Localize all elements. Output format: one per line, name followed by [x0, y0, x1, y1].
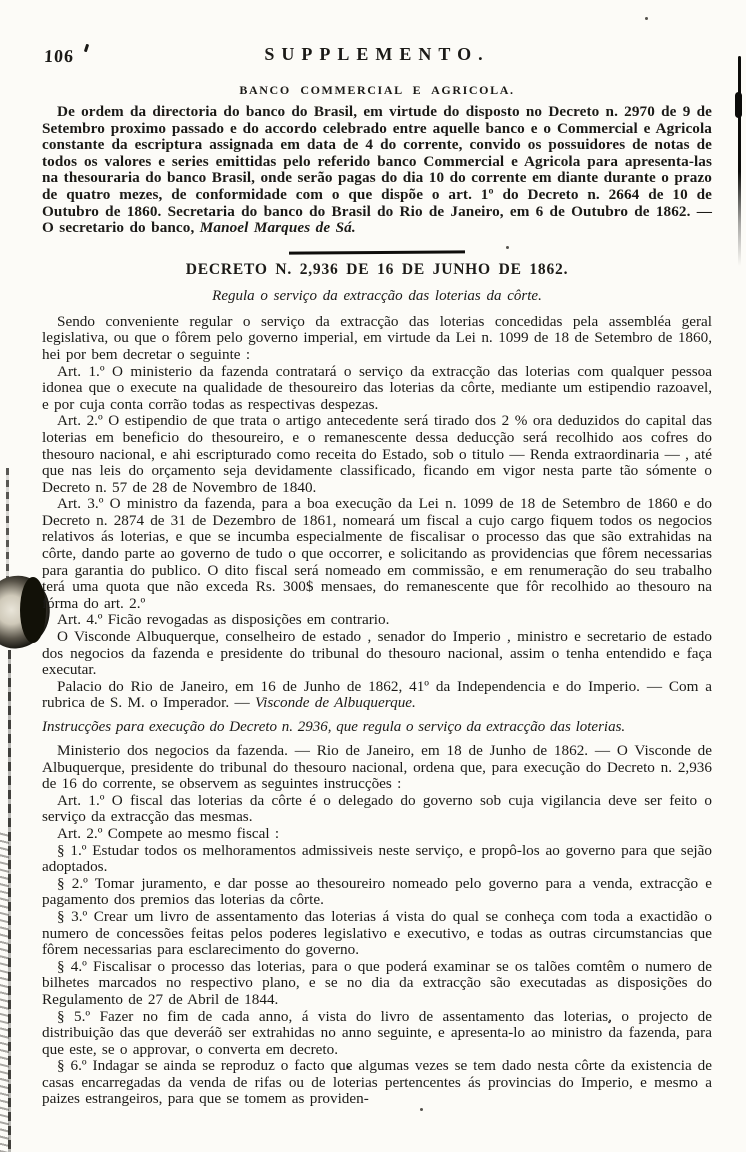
instructions-heading: Instrucções para execução do Decreto n. …: [42, 719, 712, 736]
bank-notice-heading: BANCO COMMERCIAL E AGRICOLA.: [42, 83, 712, 98]
decree-article-1: Art. 1.º O ministerio da fazenda contrat…: [42, 364, 712, 414]
decree-article-4: Art. 4.º Ficão revogadas as disposições …: [42, 612, 712, 629]
decree-title: DECRETO N. 2,936 DE 16 DE JUNHO DE 1862.: [42, 261, 712, 279]
decree-subtitle: Regula o serviço da extracção das loteri…: [42, 288, 712, 305]
instructions-paragraph-1: § 1.º Estudar todos os melhoramentos adm…: [42, 843, 712, 876]
decree-closing: Palacio do Rio de Janeiro, em 16 de Junh…: [42, 679, 712, 712]
instructions-paragraph-3: § 3.º Crear um livro de assentamento das…: [42, 909, 712, 959]
instructions-paragraph-5: § 5.º Fazer no fim de cada anno, á vista…: [42, 1009, 712, 1059]
bank-notice-paragraph: De ordem da directoria do banco do Brasi…: [42, 104, 712, 237]
instructions-section: Instrucções para execução do Decreto n. …: [42, 719, 712, 1108]
scan-edge-blob-right: [735, 92, 742, 118]
ink-drip-bottom: [8, 650, 11, 1152]
bank-notice-body: De ordem da directoria do banco do Brasi…: [42, 103, 712, 236]
ink-drip-top: [6, 468, 9, 580]
instructions-paragraph-4: § 4.º Fiscalisar o processo das loterias…: [42, 959, 712, 1009]
page-header: 106 SUPPLEMENTO.: [42, 44, 712, 70]
page-number: 106: [43, 46, 74, 67]
ink-speck: [420, 1108, 423, 1111]
decree-section: DECRETO N. 2,936 DE 16 DE JUNHO DE 1862.…: [42, 251, 712, 712]
decree-executor: O Visconde Albuquerque, conselheiro de e…: [42, 629, 712, 679]
secretary-signature: Manoel Marques de Sá.: [200, 219, 356, 236]
decree-article-2: Art. 2.º O estipendio de que trata o art…: [42, 413, 712, 496]
decree-article-3: Art. 3.º O ministro da fazenda, para a b…: [42, 496, 712, 612]
instructions-paragraph-2: § 2.º Tomar juramento, e dar posse ao th…: [42, 876, 712, 909]
scan-smudge-left: [0, 830, 9, 1152]
ink-speck: [645, 17, 648, 20]
instructions-paragraph-6: § 6.º Indagar se ainda se reproduz o fac…: [42, 1058, 712, 1108]
page-content: 106 SUPPLEMENTO. BANCO COMMERCIAL E AGRI…: [42, 44, 712, 1108]
instructions-article-2: Art. 2.º Compete ao mesmo fiscal :: [42, 826, 712, 843]
section-divider-rule: [289, 250, 465, 254]
instructions-intro: Ministerio dos negocios da fazenda. — Ri…: [42, 743, 712, 793]
scan-edge-line-right: [738, 56, 741, 266]
imperial-signature: Visconde de Albuquerque.: [255, 694, 416, 711]
bank-notice-section: BANCO COMMERCIAL E AGRICOLA. De ordem da…: [42, 83, 712, 237]
instructions-article-1: Art. 1.º O fiscal das loterias da côrte …: [42, 793, 712, 826]
masthead-title: SUPPLEMENTO.: [42, 44, 712, 65]
gazette-page: 106 SUPPLEMENTO. BANCO COMMERCIAL E AGRI…: [0, 0, 746, 1152]
decree-preamble: Sendo conveniente regular o serviço da e…: [42, 314, 712, 364]
